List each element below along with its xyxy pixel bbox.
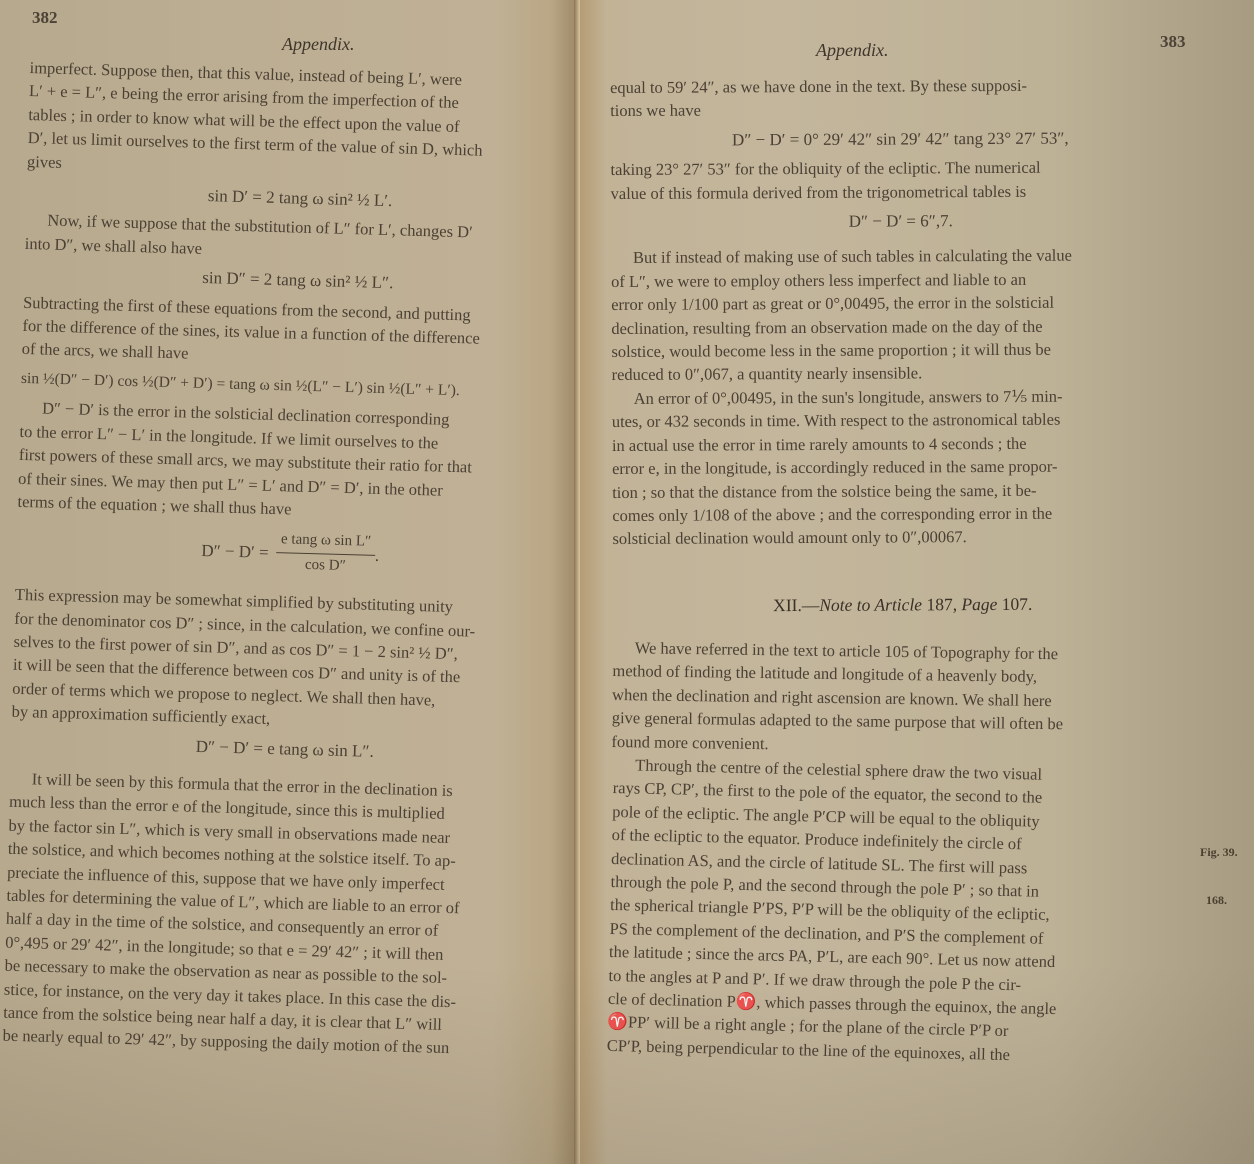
text-line: taking 23° 27′ 53″ for the obliquity of … [610,155,1190,181]
text-line: error only 1/100 part as great or 0°,004… [611,290,1191,316]
heading-number: XII.— [773,595,819,615]
period: . [375,543,380,567]
text-line: of L″, we were to employ others less imp… [611,267,1191,293]
fraction: e tang ω sin L″ cos D″ [276,528,376,579]
equation-4-fraction: D″ − D′ = e tang ω sin L″ cos D″ . [16,521,565,584]
text-line: equal to 59′ 24″, as we have done in the… [610,73,1190,99]
text-line: But if instead of making use of such tab… [611,243,1191,269]
margin-note-figure: Fig. 39. [1200,845,1238,860]
equation-1: D″ − D′ = 0° 29′ 42″ sin 29′ 42″ tang 23… [610,126,1190,152]
text-line: solstice, would become less in the same … [611,337,1191,363]
paragraph-2: taking 23° 27′ 53″ for the obliquity of … [610,155,1190,205]
paragraph-4: D″ − D′ is the error in the solsticial d… [17,396,568,528]
heading-note: Note to Article [819,594,922,615]
heading-article: 187, [922,594,961,614]
page-number-right: 383 [1160,32,1186,52]
text-line: utes, or 432 seconds in time. With respe… [612,407,1192,433]
text-line: tion ; so that the distance from the sol… [612,477,1192,503]
equation-4-lhs: D″ − D′ = [201,538,269,563]
right-page: 383 Appendix. equal to 59′ 24″, as we ha… [580,0,1254,1164]
paragraph-5: We have referred in the text to article … [611,636,1193,761]
page-number-left: 382 [32,8,58,28]
paragraph-1: imperfect. Suppose then, that this value… [27,56,578,188]
margin-note-number: 168. [1206,893,1227,908]
paragraph-4: An error of 0°,00495, in the sun's longi… [612,384,1193,551]
text-line: An error of 0°,00495, in the sun's longi… [612,384,1192,410]
paragraph-1: equal to 59′ 24″, as we have done in the… [610,73,1190,123]
right-page-body: equal to 59′ 24″, as we have done in the… [610,73,1195,1057]
text-line: declination, resulting from an observati… [611,314,1191,340]
paragraph-6: Through the centre of the celestial sphe… [607,753,1194,1070]
text-line: reduced to 0″,067, a quantity nearly ins… [612,360,1192,386]
running-head-right: Appendix. [816,40,888,61]
text-line: tions we have [610,96,1190,122]
text-line: error e, in the longitude, is accordingl… [612,454,1192,480]
text-line: in actual use the error in time rarely a… [612,431,1192,457]
left-page-body: imperfect. Suppose then, that this value… [2,56,577,1063]
paragraph-2: Now, if we suppose that the substitution… [24,208,573,270]
text-line: solsticial declination would amount only… [612,524,1192,550]
heading-page-number: 107. [997,594,1032,614]
open-book-spread: 382 Appendix. imperfect. Suppose then, t… [0,0,1254,1164]
left-page: 382 Appendix. imperfect. Suppose then, t… [0,0,580,1164]
numerator: e tang ω sin L″ [277,528,376,555]
paragraph-6: It will be seen by this formula that the… [2,767,558,1063]
text-line: value of this formula derived from the t… [611,179,1191,205]
paragraph-3: Subtracting the first of these equations… [21,291,571,376]
equation-2: D″ − D′ = 6″,7. [611,208,1191,234]
heading-page-label: Page [961,594,997,614]
paragraph-3: But if instead of making use of such tab… [611,243,1192,386]
paragraph-5: This expression may be somewhat simplifi… [11,583,563,739]
text-line: comes only 1/108 of the above ; and the … [612,501,1192,527]
denominator: cos D″ [305,554,346,579]
running-head-left: Appendix. [282,34,354,55]
section-heading: XII.—Note to Article 187, Page 107. [613,592,1193,618]
